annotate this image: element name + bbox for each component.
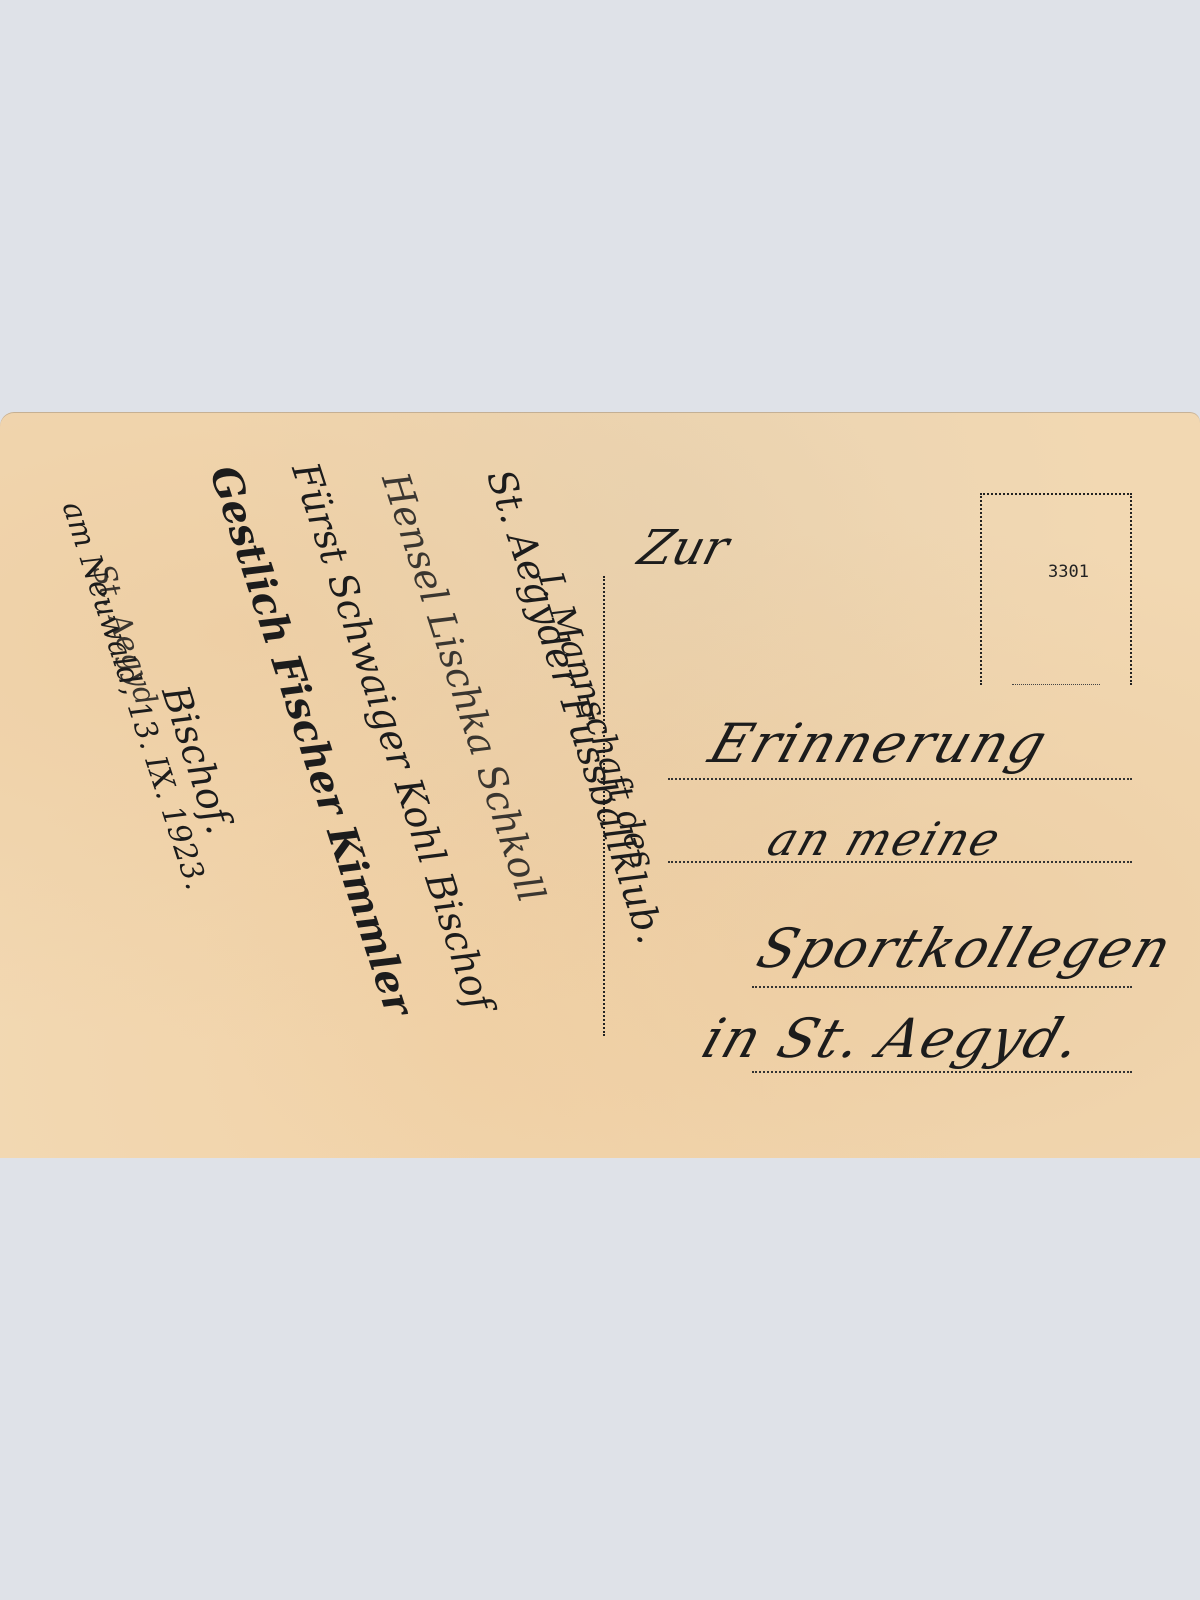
address-line-2: an meine: [761, 812, 1009, 866]
address-line-3-rule: [752, 986, 1132, 988]
postcard-back: 3301 Zur Erinnerung an meine Sportkolleg…: [0, 412, 1200, 1158]
stamp-box: 3301: [980, 493, 1132, 685]
address-line-1-rule: [668, 778, 1132, 780]
stamp-box-number: 3301: [1048, 562, 1089, 582]
address-line-4: in St. Aegyd.: [695, 1007, 1091, 1070]
address-line-1: Erinnerung: [702, 712, 1056, 775]
address-line-4-rule: [752, 1071, 1132, 1073]
address-line-3: Sportkollegen: [750, 917, 1181, 980]
address-salutation: Zur: [632, 520, 734, 576]
